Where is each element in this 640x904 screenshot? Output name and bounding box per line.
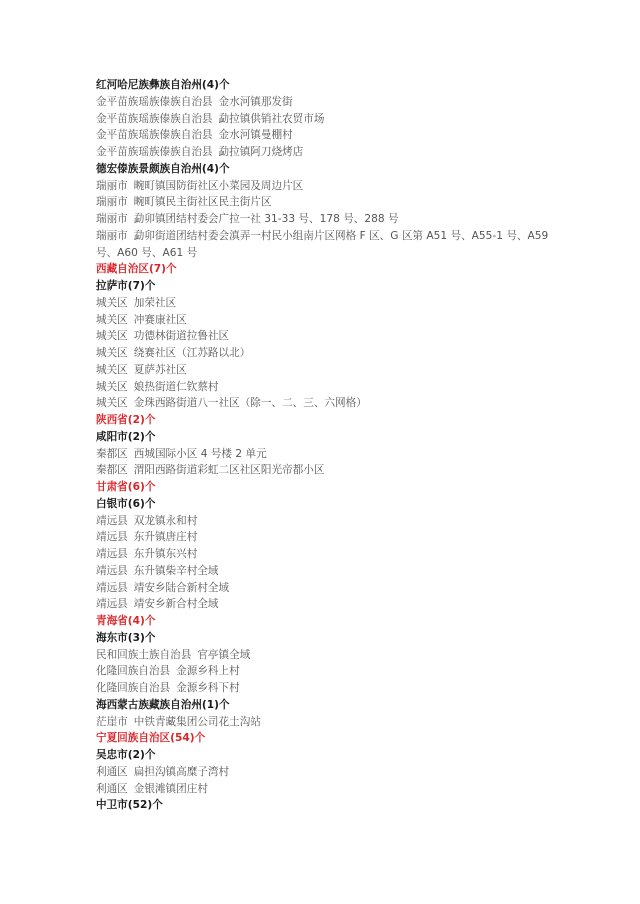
city-heading-xianyang: 咸阳市(2)个 xyxy=(96,429,556,446)
district: 靖远县 xyxy=(96,531,128,543)
district: 秦都区 xyxy=(96,464,128,476)
place: 勐拉镇阿刀烧烤店 xyxy=(219,146,304,158)
district: 化隆回族自治县 xyxy=(96,682,170,694)
district: 靖远县 xyxy=(96,515,128,527)
city-heading-lasa: 拉萨市(7)个 xyxy=(96,278,556,295)
place: 绕赛社区（江苏路以北） xyxy=(134,347,251,359)
list-item: 瑞丽市畹町镇国防街社区小菜园及周边片区 xyxy=(96,178,556,195)
district: 瑞丽市 xyxy=(96,180,128,192)
district: 靖远县 xyxy=(96,565,128,577)
document-page: 红河哈尼族彝族自治州(4)个 金平苗族瑶族傣族自治县金水河镇那发街 金平苗族瑶族… xyxy=(96,77,556,814)
list-item: 城关区夏萨苏社区 xyxy=(96,362,556,379)
place: 金水河镇曼棚村 xyxy=(219,129,293,141)
list-item: 瑞丽市畹町镇民主街社区民主街片区 xyxy=(96,194,556,211)
city-heading-baiyin: 白银市(6)个 xyxy=(96,496,556,513)
district: 城关区 xyxy=(96,347,128,359)
place: 畹町镇民主街社区民主街片区 xyxy=(134,196,272,208)
place: 金水河镇那发街 xyxy=(219,96,293,108)
list-item: 城关区绕赛社区（江苏路以北） xyxy=(96,345,556,362)
district: 城关区 xyxy=(96,397,128,409)
place: 金源乡科上村 xyxy=(176,665,240,677)
district: 金平苗族瑶族傣族自治县 xyxy=(96,129,213,141)
place: 渭阳西路街道彩虹二区社区阳光帝都小区 xyxy=(134,464,325,476)
place: 官亭镇全域 xyxy=(197,649,250,661)
place: 双龙镇永和村 xyxy=(134,515,198,527)
list-item: 靖远县靖安乡新合村全域 xyxy=(96,596,556,613)
district: 利通区 xyxy=(96,766,128,778)
list-item: 靖远县东升镇东兴村 xyxy=(96,546,556,563)
district: 靖远县 xyxy=(96,582,128,594)
province-heading-ningxia: 宁夏回族自治区(54)个 xyxy=(96,730,556,747)
city-heading-haidong: 海东市(3)个 xyxy=(96,630,556,647)
district: 化隆回族自治县 xyxy=(96,665,170,677)
place: 勐卯镇团结村委会广拉一社 31-33 号、178 号、288 号 xyxy=(134,213,399,225)
place: 功德林街道拉鲁社区 xyxy=(134,330,229,342)
place: 靖安乡陆合新村全域 xyxy=(134,582,229,594)
place: 畹町镇国防街社区小菜园及周边片区 xyxy=(134,180,304,192)
list-item: 金平苗族瑶族傣族自治县金水河镇曼棚村 xyxy=(96,127,556,144)
list-item: 城关区冲赛康社区 xyxy=(96,312,556,329)
city-heading-wuzhong: 吴忠市(2)个 xyxy=(96,747,556,764)
district: 城关区 xyxy=(96,364,128,376)
list-item: 秦都区西城国际小区 4 号楼 2 单元 xyxy=(96,446,556,463)
place: 西城国际小区 4 号楼 2 单元 xyxy=(134,448,267,460)
place: 加荣社区 xyxy=(134,297,176,309)
list-item: 利通区扁担沟镇高糜子湾村 xyxy=(96,764,556,781)
place: 金银滩镇团庄村 xyxy=(134,783,208,795)
district: 金平苗族瑶族傣族自治县 xyxy=(96,96,213,108)
place: 勐拉镇供销社农贸市场 xyxy=(219,113,325,125)
list-item: 瑞丽市勐卯镇团结村委会广拉一社 31-33 号、178 号、288 号 xyxy=(96,211,556,228)
list-item: 利通区金银滩镇团庄村 xyxy=(96,781,556,798)
district: 金平苗族瑶族傣族自治县 xyxy=(96,146,213,158)
list-item: 靖远县双龙镇永和村 xyxy=(96,513,556,530)
list-item: 民和回族土族自治县官亭镇全域 xyxy=(96,647,556,664)
place: 扁担沟镇高糜子湾村 xyxy=(134,766,229,778)
district: 城关区 xyxy=(96,330,128,342)
list-item: 茫崖市中铁青藏集团公司花土沟站 xyxy=(96,714,556,731)
district: 城关区 xyxy=(96,297,128,309)
list-item: 城关区娘热街道仁钦蔡村 xyxy=(96,379,556,396)
place: 东升镇东兴村 xyxy=(134,548,198,560)
city-heading-zhongwei: 中卫市(52)个 xyxy=(96,797,556,814)
place: 东升镇唐庄村 xyxy=(134,531,198,543)
district: 利通区 xyxy=(96,783,128,795)
district: 瑞丽市 xyxy=(96,230,128,242)
list-item: 城关区功德林街道拉鲁社区 xyxy=(96,328,556,345)
district: 金平苗族瑶族傣族自治县 xyxy=(96,113,213,125)
district: 靖远县 xyxy=(96,598,128,610)
place: 靖安乡新合村全域 xyxy=(134,598,219,610)
list-item: 金平苗族瑶族傣族自治县勐拉镇供销社农贸市场 xyxy=(96,111,556,128)
district: 城关区 xyxy=(96,314,128,326)
city-heading-haixi: 海西蒙古族藏族自治州(1)个 xyxy=(96,697,556,714)
list-item: 瑞丽市勐卯街道团结村委会滇弄一村民小组南片区网格 F 区、G 区第 A51 号、… xyxy=(96,228,556,262)
list-item: 城关区金珠西路街道八一社区（除一、二、三、六网格） xyxy=(96,395,556,412)
province-heading-xizang: 西藏自治区(7)个 xyxy=(96,261,556,278)
place: 东升镇柴辛村全域 xyxy=(134,565,219,577)
province-heading-shaanxi: 陕西省(2)个 xyxy=(96,412,556,429)
list-item: 城关区加荣社区 xyxy=(96,295,556,312)
list-item: 秦都区渭阳西路街道彩虹二区社区阳光帝都小区 xyxy=(96,462,556,479)
district: 民和回族土族自治县 xyxy=(96,649,191,661)
city-heading-honghe: 红河哈尼族彝族自治州(4)个 xyxy=(96,77,556,94)
city-heading-dehong: 德宏傣族景颇族自治州(4)个 xyxy=(96,161,556,178)
list-item: 靖远县东升镇柴辛村全域 xyxy=(96,563,556,580)
list-item: 靖远县靖安乡陆合新村全域 xyxy=(96,580,556,597)
place: 娘热街道仁钦蔡村 xyxy=(134,381,219,393)
list-item: 金平苗族瑶族傣族自治县金水河镇那发街 xyxy=(96,94,556,111)
district: 秦都区 xyxy=(96,448,128,460)
district: 茫崖市 xyxy=(96,716,128,728)
place: 金珠西路街道八一社区（除一、二、三、六网格） xyxy=(134,397,367,409)
list-item: 靖远县东升镇唐庄村 xyxy=(96,529,556,546)
district: 瑞丽市 xyxy=(96,213,128,225)
list-item: 化隆回族自治县金源乡科下村 xyxy=(96,680,556,697)
place: 中铁青藏集团公司花土沟站 xyxy=(134,716,261,728)
district: 瑞丽市 xyxy=(96,196,128,208)
list-item: 金平苗族瑶族傣族自治县勐拉镇阿刀烧烤店 xyxy=(96,144,556,161)
province-heading-qinghai: 青海省(4)个 xyxy=(96,613,556,630)
district: 靖远县 xyxy=(96,548,128,560)
province-heading-gansu: 甘肃省(6)个 xyxy=(96,479,556,496)
place: 冲赛康社区 xyxy=(134,314,187,326)
place: 金源乡科下村 xyxy=(176,682,240,694)
place: 夏萨苏社区 xyxy=(134,364,187,376)
list-item: 化隆回族自治县金源乡科上村 xyxy=(96,663,556,680)
place: 勐卯街道团结村委会滇弄一村民小组南片区网格 F 区、G 区第 A51 号、A55… xyxy=(96,230,548,259)
district: 城关区 xyxy=(96,381,128,393)
